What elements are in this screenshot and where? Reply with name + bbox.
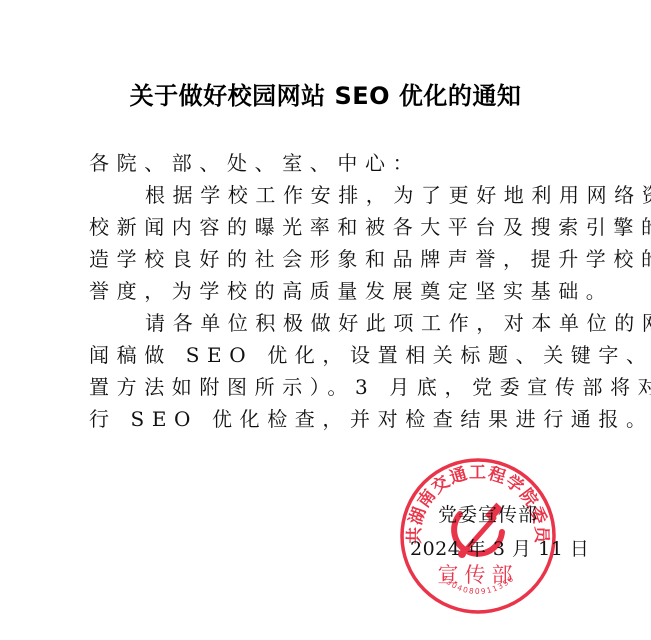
paragraph-2-line-1: 请各单位积极做好此项工作，对本单位的网站及每篇新 (89, 307, 579, 339)
signature-department: 党委宣传部 (438, 500, 538, 527)
paragraph-1-line-3: 造学校良好的社会形象和品牌声誉，提升学校的知名度与美 (89, 243, 579, 275)
paragraph-1-line-4: 誉度，为学校的高质量发展奠定坚实基础。 (89, 275, 579, 307)
paragraph-2-line-3: 置方法如附图所示）。3 月底，党委宣传部将对各二级网站进 (89, 371, 579, 403)
document-title: 关于做好校园网站 SEO 优化的通知 (0, 80, 651, 112)
salutation: 各院、部、处、室、中心： (89, 147, 579, 179)
paragraph-1-line-1: 根据学校工作安排，为了更好地利用网络资源，提高学 (89, 179, 579, 211)
paragraph-1-line-2: 校新闻内容的曝光率和被各大平台及搜索引擎的收录率，塑 (89, 211, 579, 243)
document-page: 关于做好校园网站 SEO 优化的通知 各院、部、处、室、中心： 根据学校工作安排… (0, 0, 651, 640)
document-body: 各院、部、处、室、中心： 根据学校工作安排，为了更好地利用网络资源，提高学 校新… (89, 147, 579, 435)
paragraph-2-line-2: 闻稿做 SEO 优化，设置相关标题、关键字、描述等内容（设 (89, 339, 579, 371)
paragraph-2-line-4: 行 SEO 优化检查，并对检查结果进行通报。 (89, 403, 579, 435)
signature-date: 2024 年 3 月 11 日 (410, 534, 589, 561)
